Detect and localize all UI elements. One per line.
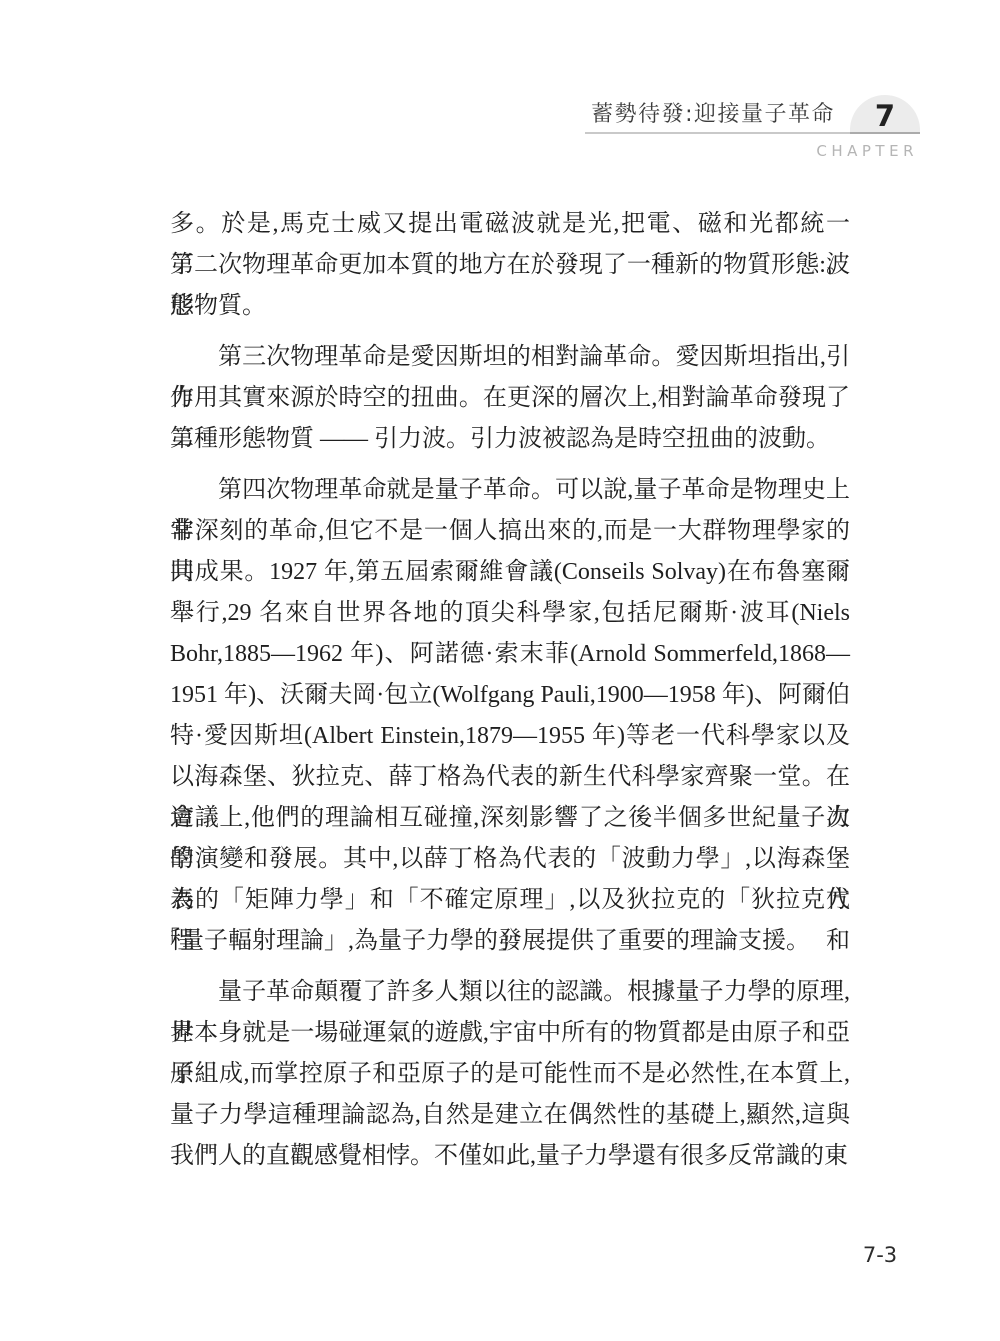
text-line: 子組成,而掌控原子和亞原子的是可能性而不是必然性,在本質上,	[170, 1054, 850, 1095]
page-body: 多。於是,馬克士威又提出電磁波就是光,把電、磁和光都統一了。第二次物理革命更加本…	[170, 204, 850, 1177]
text-line: 1951 年)、沃爾夫岡·包立(Wolfgang Pauli,1900—1958…	[170, 675, 850, 716]
text-line: 的演變和發展。其中,以薛丁格為代表的「波動力學」,以海森堡為代	[170, 839, 850, 880]
text-line: 二種形態物質 —— 引力波。引力波被認為是時空扭曲的波動。	[170, 419, 850, 460]
text-line: 態物質。	[170, 286, 850, 327]
page-number: 7-3	[845, 1243, 915, 1267]
text-line: 特·愛因斯坦(Albert Einstein,1879—1955 年)等老一代科…	[170, 716, 850, 757]
text-line: 表的「矩陣力學」和「不確定原理」,以及狄拉克的「狄拉克方程」和	[170, 880, 850, 921]
text-line: 第四次物理革命就是量子革命。可以說,量子革命是物理史上非	[170, 470, 850, 511]
text-line: 同成果。1927 年,第五屆索爾維會議(Conseils Solvay)在布魯塞…	[170, 552, 850, 593]
text-line: 舉行,29 名來自世界各地的頂尖科學家,包括尼爾斯·波耳(Niels	[170, 593, 850, 634]
text-line: 會議上,他們的理論相互碰撞,深刻影響了之後半個多世紀量子力學	[170, 798, 850, 839]
paragraph: 量子革命顛覆了許多人類以往的認識。根據量子力學的原理,世界本身就是一場碰運氣的遊…	[170, 972, 850, 1177]
chapter-label: CHAPTER	[816, 142, 918, 160]
text-line: 第二次物理革命更加本質的地方在於發現了一種新的物質形態:波形	[170, 245, 850, 286]
text-line: 界本身就是一場碰運氣的遊戲,宇宙中所有的物質都是由原子和亞原	[170, 1013, 850, 1054]
text-line: 第三次物理革命是愛因斯坦的相對論革命。愛因斯坦指出,引力	[170, 337, 850, 378]
text-line: 我們人的直觀感覺相悖。不僅如此,量子力學還有很多反常識的東	[170, 1136, 850, 1177]
chapter-badge: 7	[850, 95, 920, 133]
book-page: 蓄勢待發:迎接量子革命 7 CHAPTER 多。於是,馬克士威又提出電磁波就是光…	[0, 0, 1000, 1341]
chapter-number: 7	[875, 99, 895, 133]
text-line: Bohr,1885—1962 年)、阿諾德·索末菲(Arnold Sommerf…	[170, 634, 850, 675]
paragraph: 第四次物理革命就是量子革命。可以說,量子革命是物理史上非常深刻的革命,但它不是一…	[170, 470, 850, 962]
text-line: 作用其實來源於時空的扭曲。在更深的層次上,相對論革命發現了第	[170, 378, 850, 419]
paragraph: 第三次物理革命是愛因斯坦的相對論革命。愛因斯坦指出,引力作用其實來源於時空的扭曲…	[170, 337, 850, 460]
text-line: 以海森堡、狄拉克、薛丁格為代表的新生代科學家齊聚一堂。在這次	[170, 757, 850, 798]
running-head-title: 蓄勢待發:迎接量子革命	[591, 97, 835, 128]
paragraph: 多。於是,馬克士威又提出電磁波就是光,把電、磁和光都統一了。第二次物理革命更加本…	[170, 204, 850, 327]
text-line: 量子革命顛覆了許多人類以往的認識。根據量子力學的原理,世	[170, 972, 850, 1013]
text-line: 多。於是,馬克士威又提出電磁波就是光,把電、磁和光都統一了。	[170, 204, 850, 245]
header-rule-accent	[850, 132, 920, 134]
text-line: 量子力學這種理論認為,自然是建立在偶然性的基礎上,顯然,這與	[170, 1095, 850, 1136]
text-line: 「量子輻射理論」,為量子力學的發展提供了重要的理論支援。	[156, 921, 850, 962]
text-line: 常深刻的革命,但它不是一個人搞出來的,而是一大群物理學家的共	[170, 511, 850, 552]
